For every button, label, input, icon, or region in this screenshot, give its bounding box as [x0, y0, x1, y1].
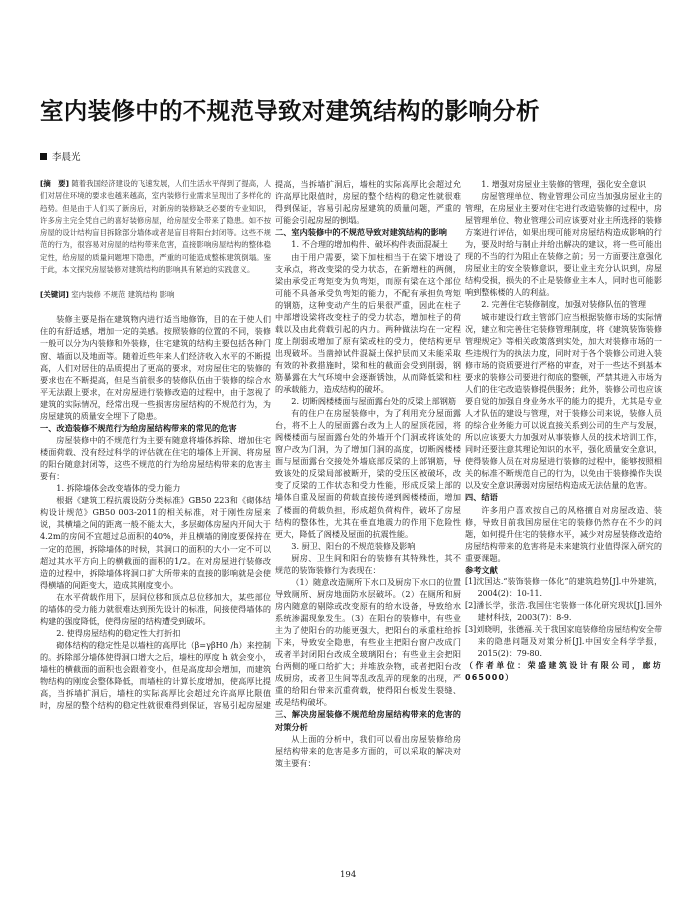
column-middle: 提高，当拆墙扩洞后，墙柱的实际高厚比会超过允许高厚比限值时，房屋的整个结构的稳定…: [275, 178, 461, 769]
section-1-sub1-paragraph-1: 根据《建筑工程抗震设防分类标准》GB50 223和《砌体结构设计规范》GB50 …: [40, 494, 271, 590]
section-3-heading: 三、解决房屋装修不规范给房屋结构带来的危害的对策分析: [275, 708, 461, 733]
abstract-label: [摘 要]: [40, 179, 69, 188]
section-2-sub1-heading: 1. 不合理的增加构件、破坏构件表面混凝土: [275, 238, 461, 250]
keywords: [关键词] 室内装修 不规范 建筑结构 影响: [40, 289, 271, 301]
section-4-heading: 四、结语: [465, 491, 662, 503]
section-3-sub2-paragraph: 城市建设行政主管部门应当根据装修市场的实际情况，建立和完善住宅装修管理制度，将《…: [465, 311, 662, 492]
section-2-sub3-heading: 3. 厨卫、阳台的不规范装修及影响: [275, 540, 461, 552]
section-2-sub1-paragraph: 由于用户需要，梁下加柱相当于在梁下增设了支承点，将改变梁的受力状态，在新增柱的两…: [275, 251, 461, 396]
section-2-sub2-heading: 2. 切断阁楼楼面与屋面露台处的反梁上部钢筋: [275, 395, 461, 407]
references-heading: 参考文献: [465, 564, 662, 576]
section-4-paragraph: 许多用户喜欢按自己的风格擅自对房屋改造、装修，导致目前我国房屋住宅的装修仍然存在…: [465, 504, 662, 564]
section-3-intro: 从上面的分析中，我们可以看出房屋装修给房屋结构带来的危害是多方面的，可以采取的解…: [275, 733, 461, 769]
keywords-text: 室内装修 不规范 建筑结构 影响: [71, 290, 174, 299]
intro-paragraph: 装修主要是指在建筑物内进行适当地修饰，目的在于使人们住的有舒适感，增加一定的美感…: [40, 313, 271, 421]
abstract: [摘 要] 随着我国经济建设的飞速发展，人们生活水平得到了提高，人们对居住环境的…: [40, 178, 271, 276]
abstract-text: 随着我国经济建设的飞速发展，人们生活水平得到了提高，人们对居住环境的要求也越来越…: [40, 179, 271, 274]
page-number: 194: [340, 870, 356, 880]
section-3-sub1-heading: 1. 增强对房屋业主装修的管理，强化安全意识: [465, 178, 662, 190]
author-line: 李晨光: [40, 149, 81, 163]
section-3-sub1-paragraph: 房屋管理单位、物业管理公司应当加强房屋业主的管理，在房屋业主要对住宅进行改造装修…: [465, 190, 662, 298]
author-marker-icon: [40, 153, 47, 160]
article-title: 室内装修中的不规范导致对建筑结构的影响分析: [40, 92, 540, 126]
section-1-sub2-heading: 2. 使得房屋结构的稳定性大打折扣: [40, 627, 271, 639]
section-3-sub2-heading: 2. 完善住宅装修制度，加强对装修队伍的管理: [465, 298, 662, 310]
keywords-label: [关键词]: [40, 290, 69, 299]
section-1-sub2-continued: 提高，当拆墙扩洞后，墙柱的实际高厚比会超过允许高厚比限值时，房屋的整个结构的稳定…: [275, 178, 461, 226]
section-2-sub3-paragraph-1: 厨房、卫生间和阳台的装修有其特殊性，其不规范的装饰装修行为表现在：: [275, 552, 461, 576]
author-name: 李晨光: [52, 149, 81, 163]
reference-item: [1]沈国达.“装饰装修一体化”的建筑趋势[J].中外建筑，2004(2)：10…: [465, 576, 662, 600]
section-1-heading: 一、改造装修不规范行为给房屋结构带来的常见的危害: [40, 422, 271, 434]
section-1-sub1-paragraph-2: 在水平荷载作用下，层间位移和顶点总位移加大，某些部位的墙体的受力能力就很难达到预…: [40, 591, 271, 627]
section-2-heading: 二、室内装修中的不规范导致对建筑结构的影响: [275, 226, 461, 238]
column-left: [摘 要] 随着我国经济建设的飞速发展，人们生活水平得到了提高，人们对居住环境的…: [40, 178, 271, 711]
reference-item: [3]刘晓明，张德福.关于我国家庭装修给房屋结构安全带来的隐患问题及对策分析[J…: [465, 624, 662, 660]
section-1-sub2-paragraph: 砌体结构的稳定性是以墙柱的高厚比（β=γβH0 /h）来控制的。拆除部分墙体使得…: [40, 639, 271, 711]
section-2-sub3-paragraph-2: （1）随意改造厕所下水口及厨房下水口的位置导致厕所、厨房地面防水层破坏。（2）在…: [275, 576, 461, 709]
column-right: 1. 增强对房屋业主装修的管理，强化安全意识 房屋管理单位、物业管理公司应当加强…: [465, 178, 662, 684]
section-1-sub1-heading: 1. 拆除墙体会改变墙体的受力能力: [40, 482, 271, 494]
section-2-sub2-paragraph: 有的住户在房屋装修中，为了利用充分屋面露台，将不上人的屋面露台改为上人的屋顶花园…: [275, 407, 461, 540]
section-1-intro: 房屋装修中的不规范行为主要有随意将墙体拆除、增加住宅楼面荷载、没有经过科学的评估…: [40, 434, 271, 482]
author-affiliation: （作者单位：荣盛建筑设计有限公司，廊坊065000）: [465, 660, 662, 684]
reference-item: [2]潘长学，张浩.我国住宅装修一体化研究现状[J].国外建材科技，2003(7…: [465, 600, 662, 624]
